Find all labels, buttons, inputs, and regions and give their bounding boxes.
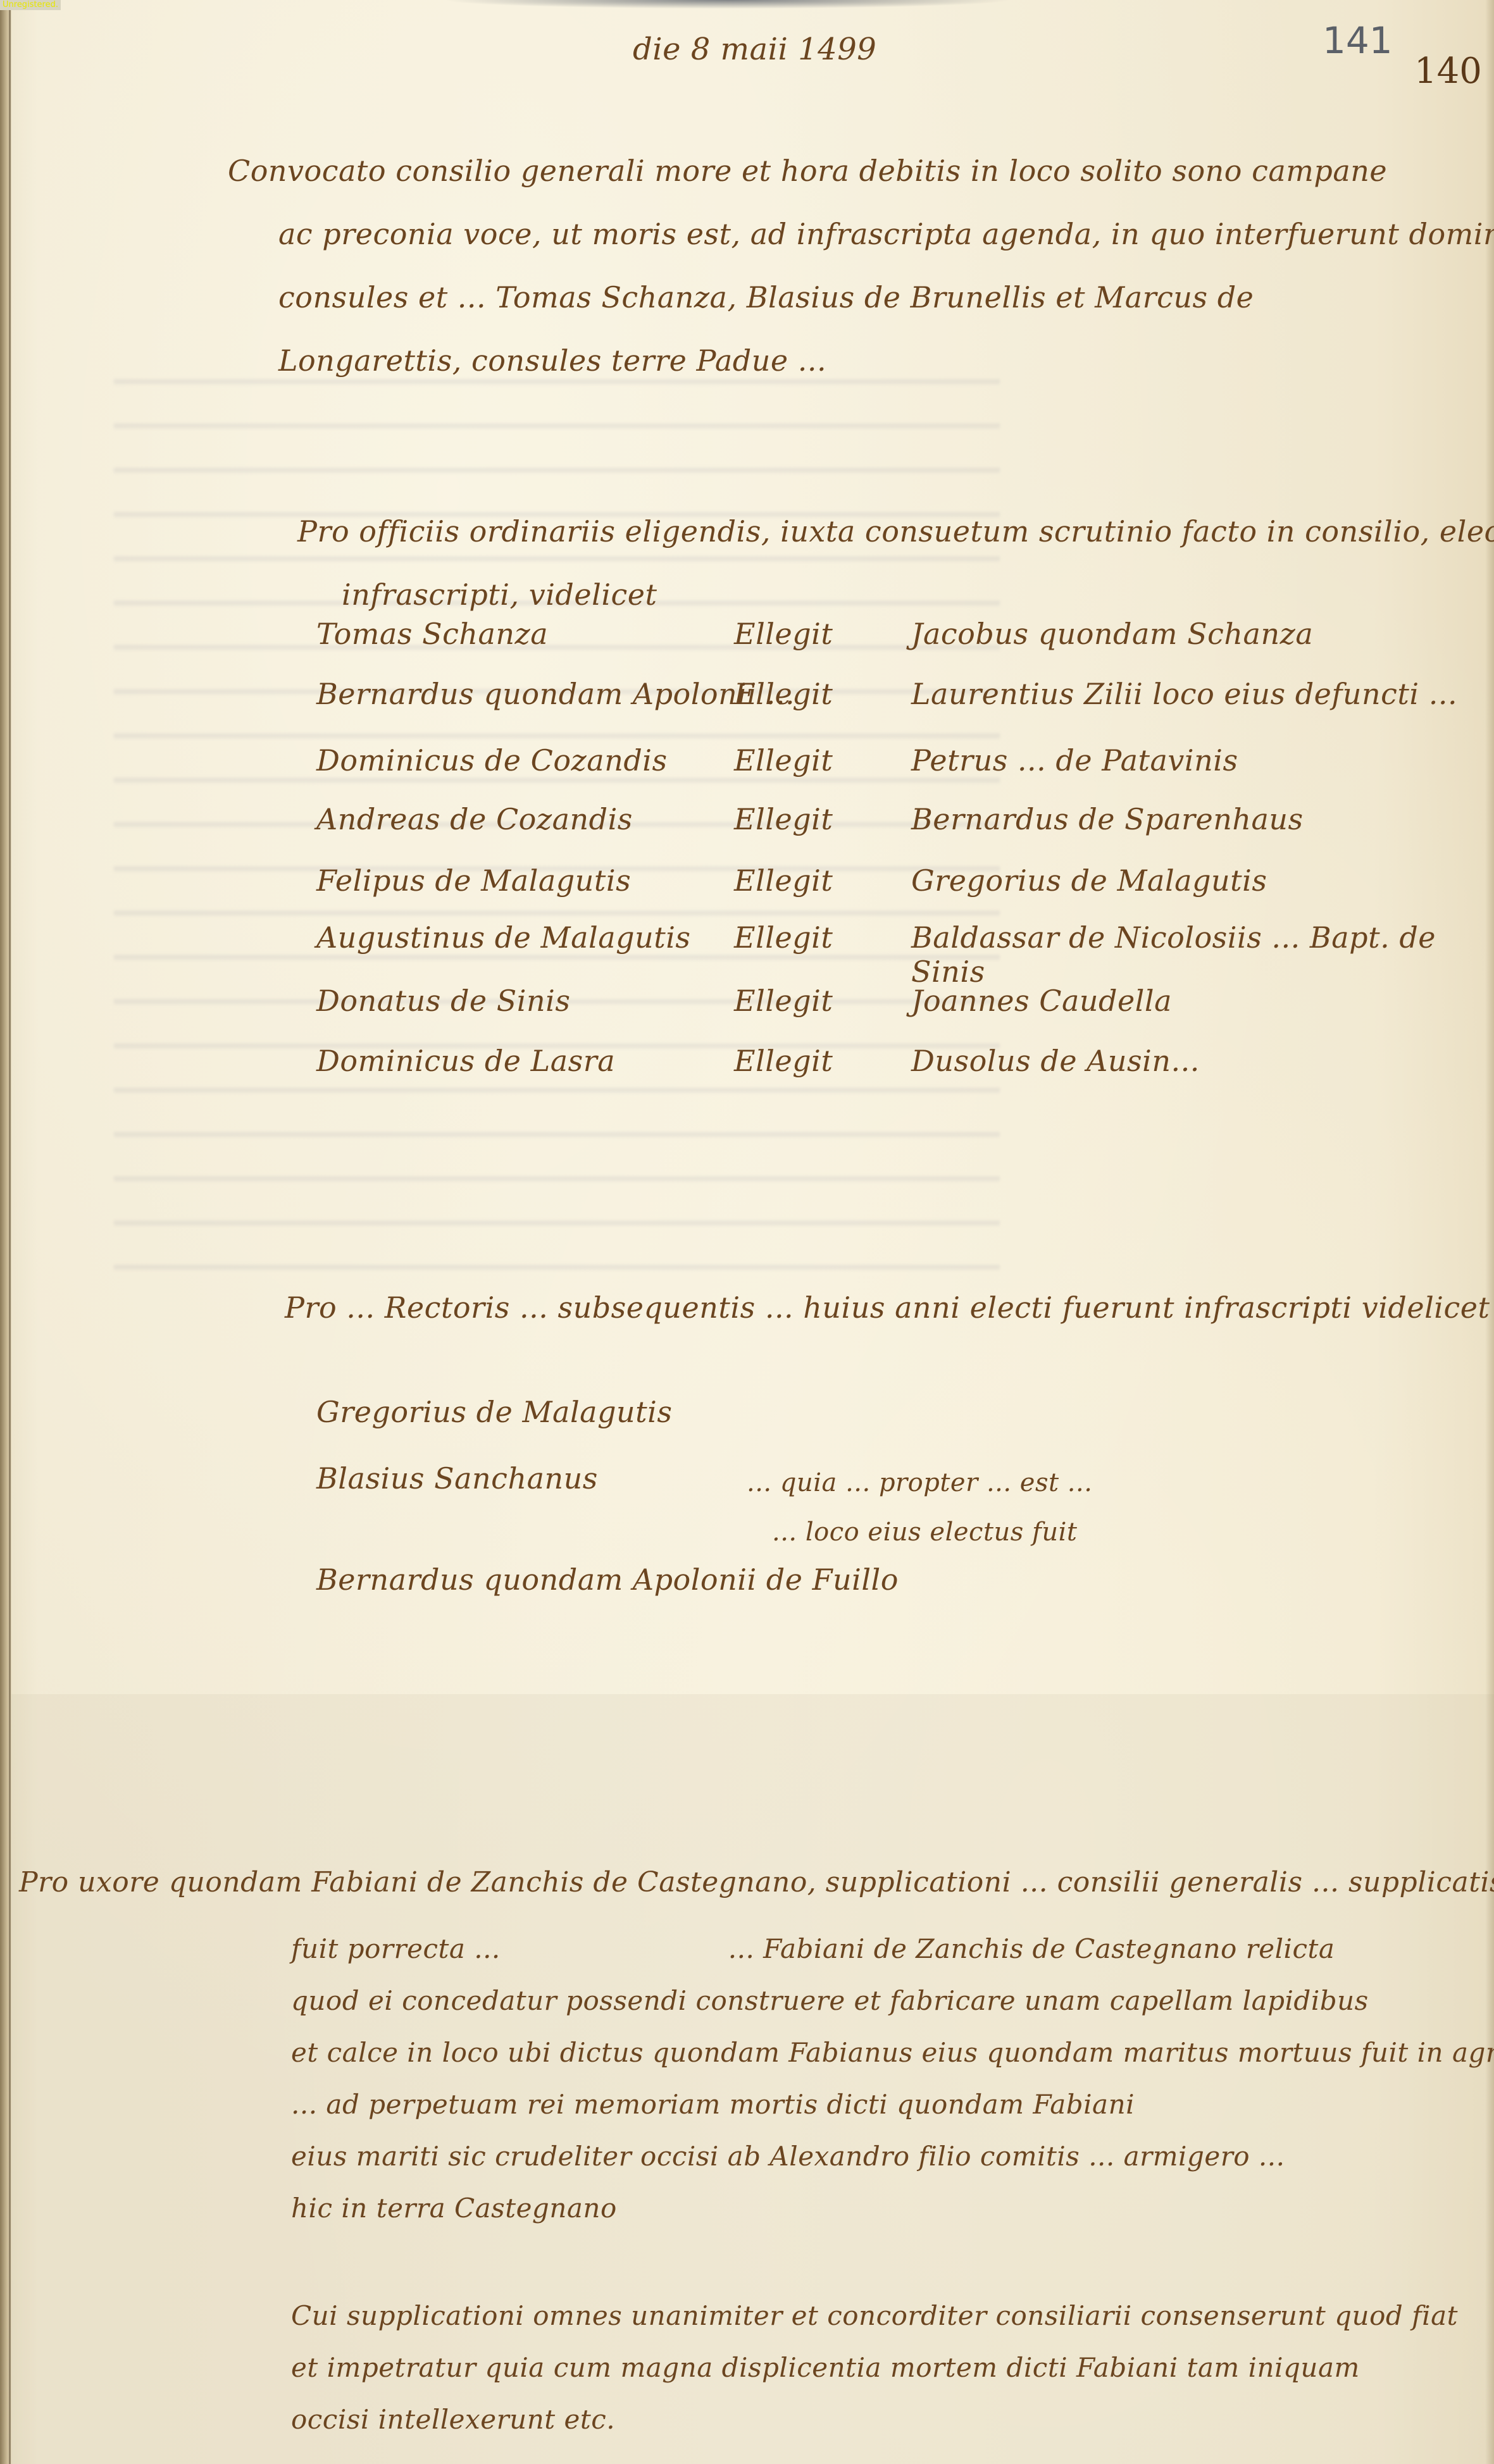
text-line: ... loco eius electus fuit: [747, 1507, 1092, 1557]
rector-row: Blasius Sanchanus: [316, 1461, 598, 1495]
election-row: Dominicus de Cozandis Ellegit Petrus ...…: [316, 743, 1487, 800]
text-line: Cui supplicationi omnes unanimiter et co…: [291, 2290, 1458, 2342]
outgoing-official: Augustinus de Malagutis: [316, 920, 691, 955]
rector-row: Bernardus quondam Apolonii de Fuillo: [316, 1563, 899, 1597]
election-row: Donatus de Sinis Ellegit Joannes Caudell…: [316, 984, 1487, 1041]
text-line: Longarettis, consules terre Padue ...: [228, 329, 1494, 392]
election-row: Andreas de Cozandis Ellegit Bernardus de…: [316, 802, 1487, 859]
text-fragment: fuit porrecta ...: [291, 1933, 501, 1964]
elegit-verb: Ellegit: [734, 743, 833, 777]
text-line: fuit porrecta ...... Fabiani de Zanchis …: [291, 1923, 1494, 1975]
supplication-heading: Pro uxore quondam Fabiani de Zanchis de …: [19, 1866, 1494, 1898]
text-line: Convocato consilio generali more et hora…: [228, 139, 1494, 202]
text-line: occisi intellexerunt etc.: [291, 2394, 1458, 2446]
folio-number-ink: 140: [1414, 51, 1482, 92]
outgoing-official: Bernardus quondam Apolonii ...: [316, 677, 795, 711]
election-heading: Pro officiis ordinariis eligendis, iuxta…: [297, 500, 1494, 626]
text-line: quod ei concedatur possendi construere e…: [291, 1975, 1494, 2027]
outgoing-official: Dominicus de Cozandis: [316, 743, 668, 777]
elected-official: Joannes Caudella: [911, 984, 1172, 1018]
elected-official: Gregorius de Malagutis: [911, 864, 1267, 898]
election-row: Felipus de Malagutis Ellegit Gregorius d…: [316, 864, 1487, 920]
outgoing-official: Dominicus de Lasra: [316, 1044, 615, 1078]
top-shadow: [443, 0, 1012, 9]
election-row: Dominicus de Lasra Ellegit Dusolus de Au…: [316, 1044, 1487, 1101]
text-line: eius mariti sic crudeliter occisi ab Ale…: [291, 2131, 1494, 2182]
text-line: consules et ... Tomas Schanza, Blasius d…: [228, 266, 1494, 329]
rector-row: Gregorius de Malagutis: [316, 1395, 672, 1429]
outgoing-official: Donatus de Sinis: [316, 984, 570, 1018]
gutter-edge-line: [9, 0, 11, 2464]
folio-number-pencil: 141: [1323, 19, 1393, 62]
election-row: Augustinus de Malagutis Ellegit Baldassa…: [316, 920, 1487, 977]
elected-official: Laurentius Zilii loco eius defuncti ...: [911, 677, 1457, 711]
opening-paragraph: Convocato consilio generali more et hora…: [228, 139, 1494, 392]
header-date: die 8 maii 1499: [633, 32, 876, 67]
elected-official: Jacobus quondam Schanza: [911, 617, 1313, 651]
outgoing-official: Andreas de Cozandis: [316, 802, 633, 836]
elegit-verb: Ellegit: [734, 864, 833, 898]
text-line: et impetratur quia cum magna displicenti…: [291, 2342, 1458, 2394]
elegit-verb: Ellegit: [734, 984, 833, 1018]
elegit-verb: Ellegit: [734, 617, 833, 651]
rector-note: ... quia ... propter ... est ... ... loc…: [747, 1458, 1092, 1557]
elegit-verb: Ellegit: [734, 920, 833, 955]
text-line: Pro officiis ordinariis eligendis, iuxta…: [297, 500, 1494, 563]
election-row: Bernardus quondam Apolonii ... Ellegit L…: [316, 677, 1487, 734]
elected-official: Petrus ... de Patavinis: [911, 743, 1238, 777]
elected-official: Bernardus de Sparenhaus: [911, 802, 1304, 836]
text-line: ... ad perpetuam rei memoriam mortis dic…: [291, 2079, 1494, 2131]
elegit-verb: Ellegit: [734, 802, 833, 836]
outgoing-official: Tomas Schanza: [316, 617, 548, 651]
supplication-body: fuit porrecta ...... Fabiani de Zanchis …: [291, 1923, 1494, 2234]
outgoing-official: Felipus de Malagutis: [316, 864, 631, 898]
elegit-verb: Ellegit: [734, 1044, 833, 1078]
text-fragment: ... Fabiani de Zanchis de Castegnano rel…: [501, 1933, 1335, 1964]
text-line: et calce in loco ubi dictus quondam Fabi…: [291, 2027, 1494, 2079]
manuscript-page: Unregistered. die 8 maii 1499 141 140 Co…: [0, 0, 1494, 2464]
election-row: Tomas Schanza Ellegit Jacobus quondam Sc…: [316, 617, 1487, 674]
supplication-closing: Cui supplicationi omnes unanimiter et co…: [291, 2290, 1458, 2446]
elected-official: Dusolus de Ausin...: [911, 1044, 1200, 1078]
rectors-heading: Pro ... Rectoris ... subsequentis ... hu…: [285, 1291, 1490, 1325]
elegit-verb: Ellegit: [734, 677, 833, 711]
elected-official: Baldassar de Nicolosiis ... Bapt. de Sin…: [911, 920, 1487, 989]
text-line: ac preconia voce, ut moris est, ad infra…: [228, 202, 1494, 266]
unregistered-watermark: Unregistered.: [0, 0, 61, 10]
text-line: hic in terra Castegnano: [291, 2182, 1494, 2234]
text-line: ... quia ... propter ... est ...: [747, 1458, 1092, 1507]
